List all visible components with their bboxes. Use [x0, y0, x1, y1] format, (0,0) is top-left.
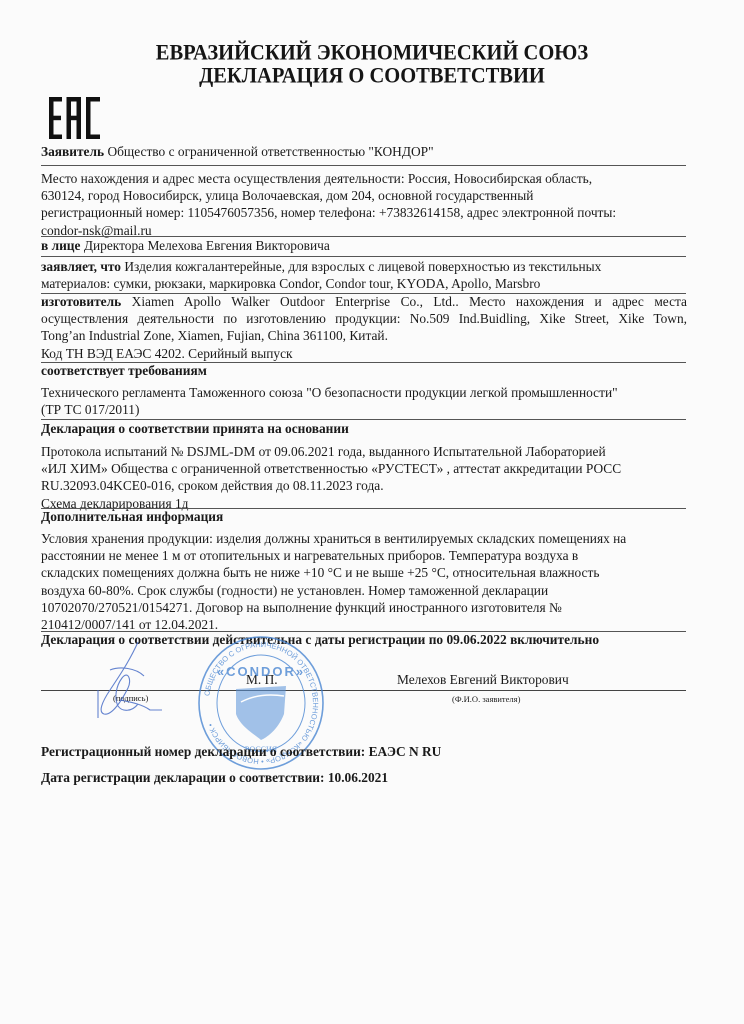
signer-caption: (Ф.И.О. заявителя)	[452, 694, 520, 704]
additional-line-2: расстоянии не менее 1 м от отопительных …	[41, 547, 687, 564]
address-field: Место нахождения и адрес места осуществл…	[41, 170, 687, 239]
stamp-brand: «CONDOR»	[217, 664, 305, 679]
manufacturer-line-1: Xiamen Apollo Walker Outdoor Enterprise …	[132, 294, 687, 309]
complies-field: Технического регламента Таможенного союз…	[41, 384, 687, 418]
represented-by-value: Директора Мелехова Евгения Викторовича	[84, 238, 330, 253]
additional-heading: Дополнительная информация	[41, 508, 687, 525]
manufacturer-field: изготовитель Xiamen Apollo Walker Outdoo…	[41, 293, 687, 362]
regulation-line-2: (ТР ТС 017/2011)	[41, 401, 687, 418]
address-line-3: регистрационный номер: 1105476057356, но…	[41, 204, 687, 221]
declares-line-2: материалов: сумки, рюкзаки, маркировка C…	[41, 275, 687, 292]
represented-by-field: в лице Директора Мелехова Евгения Виктор…	[41, 237, 687, 254]
union-title: ЕВРАЗИЙСКИЙ ЭКОНОМИЧЕСКИЙ СОЮЗ	[0, 41, 744, 66]
additional-line-5: 10702070/270521/0154271. Договор на выпо…	[41, 599, 687, 616]
additional-line-3: складских помещениях должна быть не ниже…	[41, 564, 687, 581]
additional-field: Условия хранения продукции: изделия долж…	[41, 530, 687, 633]
declares-field: заявляет, что Изделия кожгалантерейные, …	[41, 258, 687, 292]
manufacturer-line-2: осуществления деятельности по изготовлен…	[41, 310, 687, 327]
represented-by-label: в лице	[41, 238, 80, 253]
declares-label: заявляет, что	[41, 259, 121, 274]
signer-name: Мелехов Евгений Викторович	[397, 672, 569, 688]
basis-line-1: Протокола испытаний № DSJML-DM от 09.06.…	[41, 443, 687, 460]
handwritten-signature-icon	[80, 640, 180, 725]
document-title: ДЕКЛАРАЦИЯ О СООТВЕТСТВИИ	[0, 64, 744, 89]
manufacturer-label: изготовитель	[41, 294, 121, 309]
basis-line-2: «ИЛ ХИМ» Общества с ограниченной ответст…	[41, 460, 687, 477]
regulation-line-1: Технического регламента Таможенного союз…	[41, 384, 687, 401]
divider	[41, 165, 686, 166]
hs-code: Код ТН ВЭД ЕАЭС 4202. Серийный выпуск	[41, 345, 687, 362]
registration-date: Дата регистрации декларации о соответств…	[41, 769, 687, 786]
additional-line-1: Условия хранения продукции: изделия долж…	[41, 530, 687, 547]
manufacturer-line-3: Tong’an Industrial Zone, Xiamen, Fujian,…	[41, 327, 687, 344]
basis-field: Протокола испытаний № DSJML-DM от 09.06.…	[41, 443, 687, 512]
applicant-field: Заявитель Общество с ограниченной ответс…	[41, 143, 687, 160]
applicant-value: Общество с ограниченной ответственностью…	[107, 144, 433, 159]
complies-heading: соответствует требованиям	[41, 362, 687, 379]
registration-number: Регистрационный номер декларации о соотв…	[41, 743, 687, 760]
eac-logo-icon	[49, 97, 101, 139]
address-line-1: Место нахождения и адрес места осуществл…	[41, 170, 687, 187]
basis-heading: Декларация о соответствии принята на осн…	[41, 420, 687, 437]
applicant-label: Заявитель	[41, 144, 104, 159]
address-line-2: 630124, город Новосибирск, улица Волочае…	[41, 187, 687, 204]
basis-line-3: RU.32093.04KCE0-016, сроком действия до …	[41, 477, 687, 494]
declares-line-1: Изделия кожгалантерейные, для взрослых с…	[124, 259, 601, 274]
additional-line-4: воздуха 60-80%. Срок службы (годности) н…	[41, 582, 687, 599]
divider	[41, 256, 686, 257]
